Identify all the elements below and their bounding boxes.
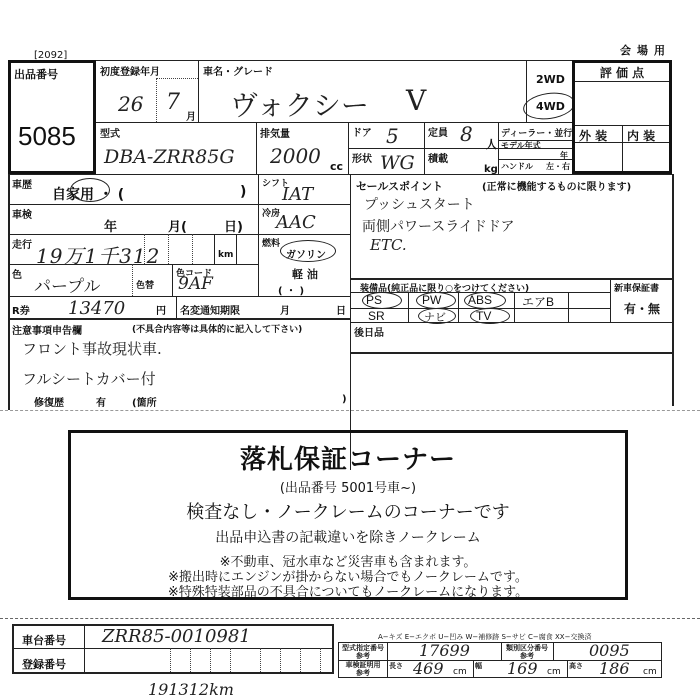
notice-line-4: ※搬出時にエンジンが掛からない場合でもノークレームです。 xyxy=(71,570,625,585)
notes-line-1: フロント事故現状車. xyxy=(22,338,162,359)
fuel-label: 燃料 xyxy=(262,236,280,249)
sales-label: セールスポイント xyxy=(356,178,443,194)
notice-line-2: 出品申込書の記載違いを除きノークレーム xyxy=(71,527,625,547)
notes-line-2: フルシートカバー付 xyxy=(22,368,156,389)
name-change-label: 名変通知期限 xyxy=(180,302,240,317)
usage-close: ) xyxy=(240,184,246,200)
later-items-label: 後日品 xyxy=(354,324,384,339)
body-shape: WG xyxy=(380,152,415,174)
height-label: 高さ xyxy=(569,661,583,671)
notes-sub: (不具合内容等は具体的に記入して下さい) xyxy=(132,322,302,335)
fuel-gasoline-circle xyxy=(280,240,336,262)
sales-note: (正常に機能するものに限ります) xyxy=(482,178,631,193)
lot-number-box: 出品番号 5085 xyxy=(8,60,96,174)
doors: 5 xyxy=(386,124,399,148)
notice-line-3: ※不動車、冠水車など災害車も含まれます。 xyxy=(71,555,625,570)
dealer-label: ディーラー・並行 xyxy=(501,126,572,139)
recycle-label: R券 xyxy=(12,302,30,317)
inspection-label: 車検 xyxy=(12,206,32,221)
chassis-value: ZRR85-0010981 xyxy=(102,626,251,647)
chassis-table: 車台番号 ZRR85-0010981 登録番号 xyxy=(12,624,334,674)
inspection-year-unit: 年 xyxy=(104,216,117,235)
recycle-value: 13470 xyxy=(68,298,125,319)
width-label: 幅 xyxy=(475,661,482,671)
color-value: パープル xyxy=(34,272,100,297)
width: 169 xyxy=(507,659,538,678)
equip-abs-circle xyxy=(464,292,506,309)
mileage-label: 走行 xyxy=(12,236,32,251)
fuel-option-diesel: 軽 油 xyxy=(292,266,318,282)
mileage-unit: km xyxy=(218,250,233,260)
inspection-month-unit: 月( xyxy=(168,216,187,235)
month-unit: 月 xyxy=(186,108,196,123)
height-unit: cm xyxy=(643,667,657,677)
car-grade: V xyxy=(406,84,426,117)
length-label: 長さ xyxy=(389,661,403,671)
first-reg-label: 初度登録年月 xyxy=(100,63,160,78)
dimensions-table: 型式指定番号 参考 17699 類別区分番号 参考 0095 車検証明用 参考 … xyxy=(338,642,662,678)
height: 186 xyxy=(599,659,630,678)
drive-4wd-circle xyxy=(521,90,576,123)
model-code: DBA-ZRR85G xyxy=(104,146,235,168)
repair-close: ) xyxy=(342,394,347,405)
repair-place: (箇所 xyxy=(132,394,157,409)
handle-label: ハンドル xyxy=(501,161,533,172)
car-name-label: 車名・グレード xyxy=(203,63,273,78)
displacement-label: 排気量 xyxy=(260,125,290,140)
damage-legend: A−キズ E−エクボ U−凹み W−補修跡 S−サビ C−腐食 XX−交換済 xyxy=(378,632,591,642)
handle-options: 左・右 xyxy=(546,161,570,172)
color-label: 色 xyxy=(12,266,22,281)
handwritten-mileage: 191312km xyxy=(148,680,234,699)
fuel-option-other: ( ・ ) xyxy=(278,282,304,297)
interior-label: 内 装 xyxy=(627,127,655,144)
registration-label: 登録番号 xyxy=(22,656,66,672)
notice-box: 落札保証コーナー (出品番号 5001号車~) 検査なし・ノークレームのコーナー… xyxy=(68,430,628,600)
category-label: 類別区分番号 参考 xyxy=(503,644,551,660)
shift-value: IAT xyxy=(282,184,313,205)
displacement-unit: cc xyxy=(330,160,343,173)
notice-subtitle: (出品番号 5001号車~) xyxy=(71,477,625,496)
model-code-label: 型式 xyxy=(100,125,120,140)
first-reg-year: 26 xyxy=(118,92,143,116)
lot-number: 5085 xyxy=(18,121,76,152)
doors-label: ドア xyxy=(352,124,372,139)
exterior-label: 外 装 xyxy=(579,127,607,144)
warranty-options: 有・無 xyxy=(624,300,660,317)
capacity-unit: 人 xyxy=(486,136,497,152)
first-reg-month: 7 xyxy=(166,90,180,115)
name-change-month: 月 xyxy=(280,302,290,317)
lot-number-label: 出品番号 xyxy=(14,66,58,82)
displacement: 2000 xyxy=(270,144,321,168)
length: 469 xyxy=(413,659,444,678)
rating-box: 評 価 点 外 装 内 装 xyxy=(572,60,672,174)
auction-form: 出品番号 5085 初度登録年月 26 7 月 車名・グレード ヴォクシー V … xyxy=(8,60,668,410)
rating-label: 評 価 点 xyxy=(575,64,669,82)
notice-line-5: ※特殊特装部品の不具合についてもノークレームになります。 xyxy=(71,585,625,600)
body-shape-label: 形状 xyxy=(352,150,372,165)
load-label: 積載 xyxy=(428,150,448,165)
repair-value: 有 xyxy=(96,394,106,409)
recycle-unit: 円 xyxy=(156,302,166,317)
warranty-label: 新車保証書 xyxy=(614,281,659,294)
capacity: 8 xyxy=(460,122,473,146)
color-code: 9AF xyxy=(178,274,213,294)
equip-ps-circle xyxy=(362,292,402,309)
sales-point-3: ETC. xyxy=(370,236,407,254)
length-unit: cm xyxy=(453,667,467,677)
model-year-label: モデル年式 xyxy=(501,141,551,150)
drive-2wd: 2WD xyxy=(536,73,565,86)
car-name: ヴォクシー xyxy=(230,84,369,124)
chassis-label: 車台番号 xyxy=(22,632,66,648)
paper-edge xyxy=(0,410,700,411)
capacity-label: 定員 xyxy=(428,124,448,139)
ac-value: AAC xyxy=(276,212,316,233)
notice-title: 落札保証コーナー xyxy=(71,439,625,476)
inspection-day-unit: 日) xyxy=(224,216,243,235)
cert-label: 車検証明用 参考 xyxy=(341,661,385,677)
equip-sr: SR xyxy=(368,309,385,323)
category: 0095 xyxy=(589,641,630,660)
type-designation-label: 型式指定番号 参考 xyxy=(341,644,385,660)
repair-label: 修復歴 xyxy=(34,394,64,409)
sales-point-1: プッシュスタート xyxy=(364,194,475,214)
usage-circle xyxy=(70,178,110,202)
name-change-day: 日 xyxy=(336,302,346,317)
width-unit: cm xyxy=(547,667,561,677)
type-designation: 17699 xyxy=(419,641,470,660)
footer-divider xyxy=(0,618,700,619)
notes-label: 注意事項申告欄 xyxy=(12,322,82,337)
color-change-label: 色替 xyxy=(136,278,154,291)
corner-label: 会場用 xyxy=(620,42,671,58)
sales-point-2: 両側パワースライドドア xyxy=(362,216,514,236)
usage-label: 車歴 xyxy=(12,176,32,191)
notice-line-1: 検査なし・ノークレームのコーナーです xyxy=(71,498,625,524)
equip-pw-circle xyxy=(416,292,456,309)
equip-airbag: エアB xyxy=(522,293,554,310)
